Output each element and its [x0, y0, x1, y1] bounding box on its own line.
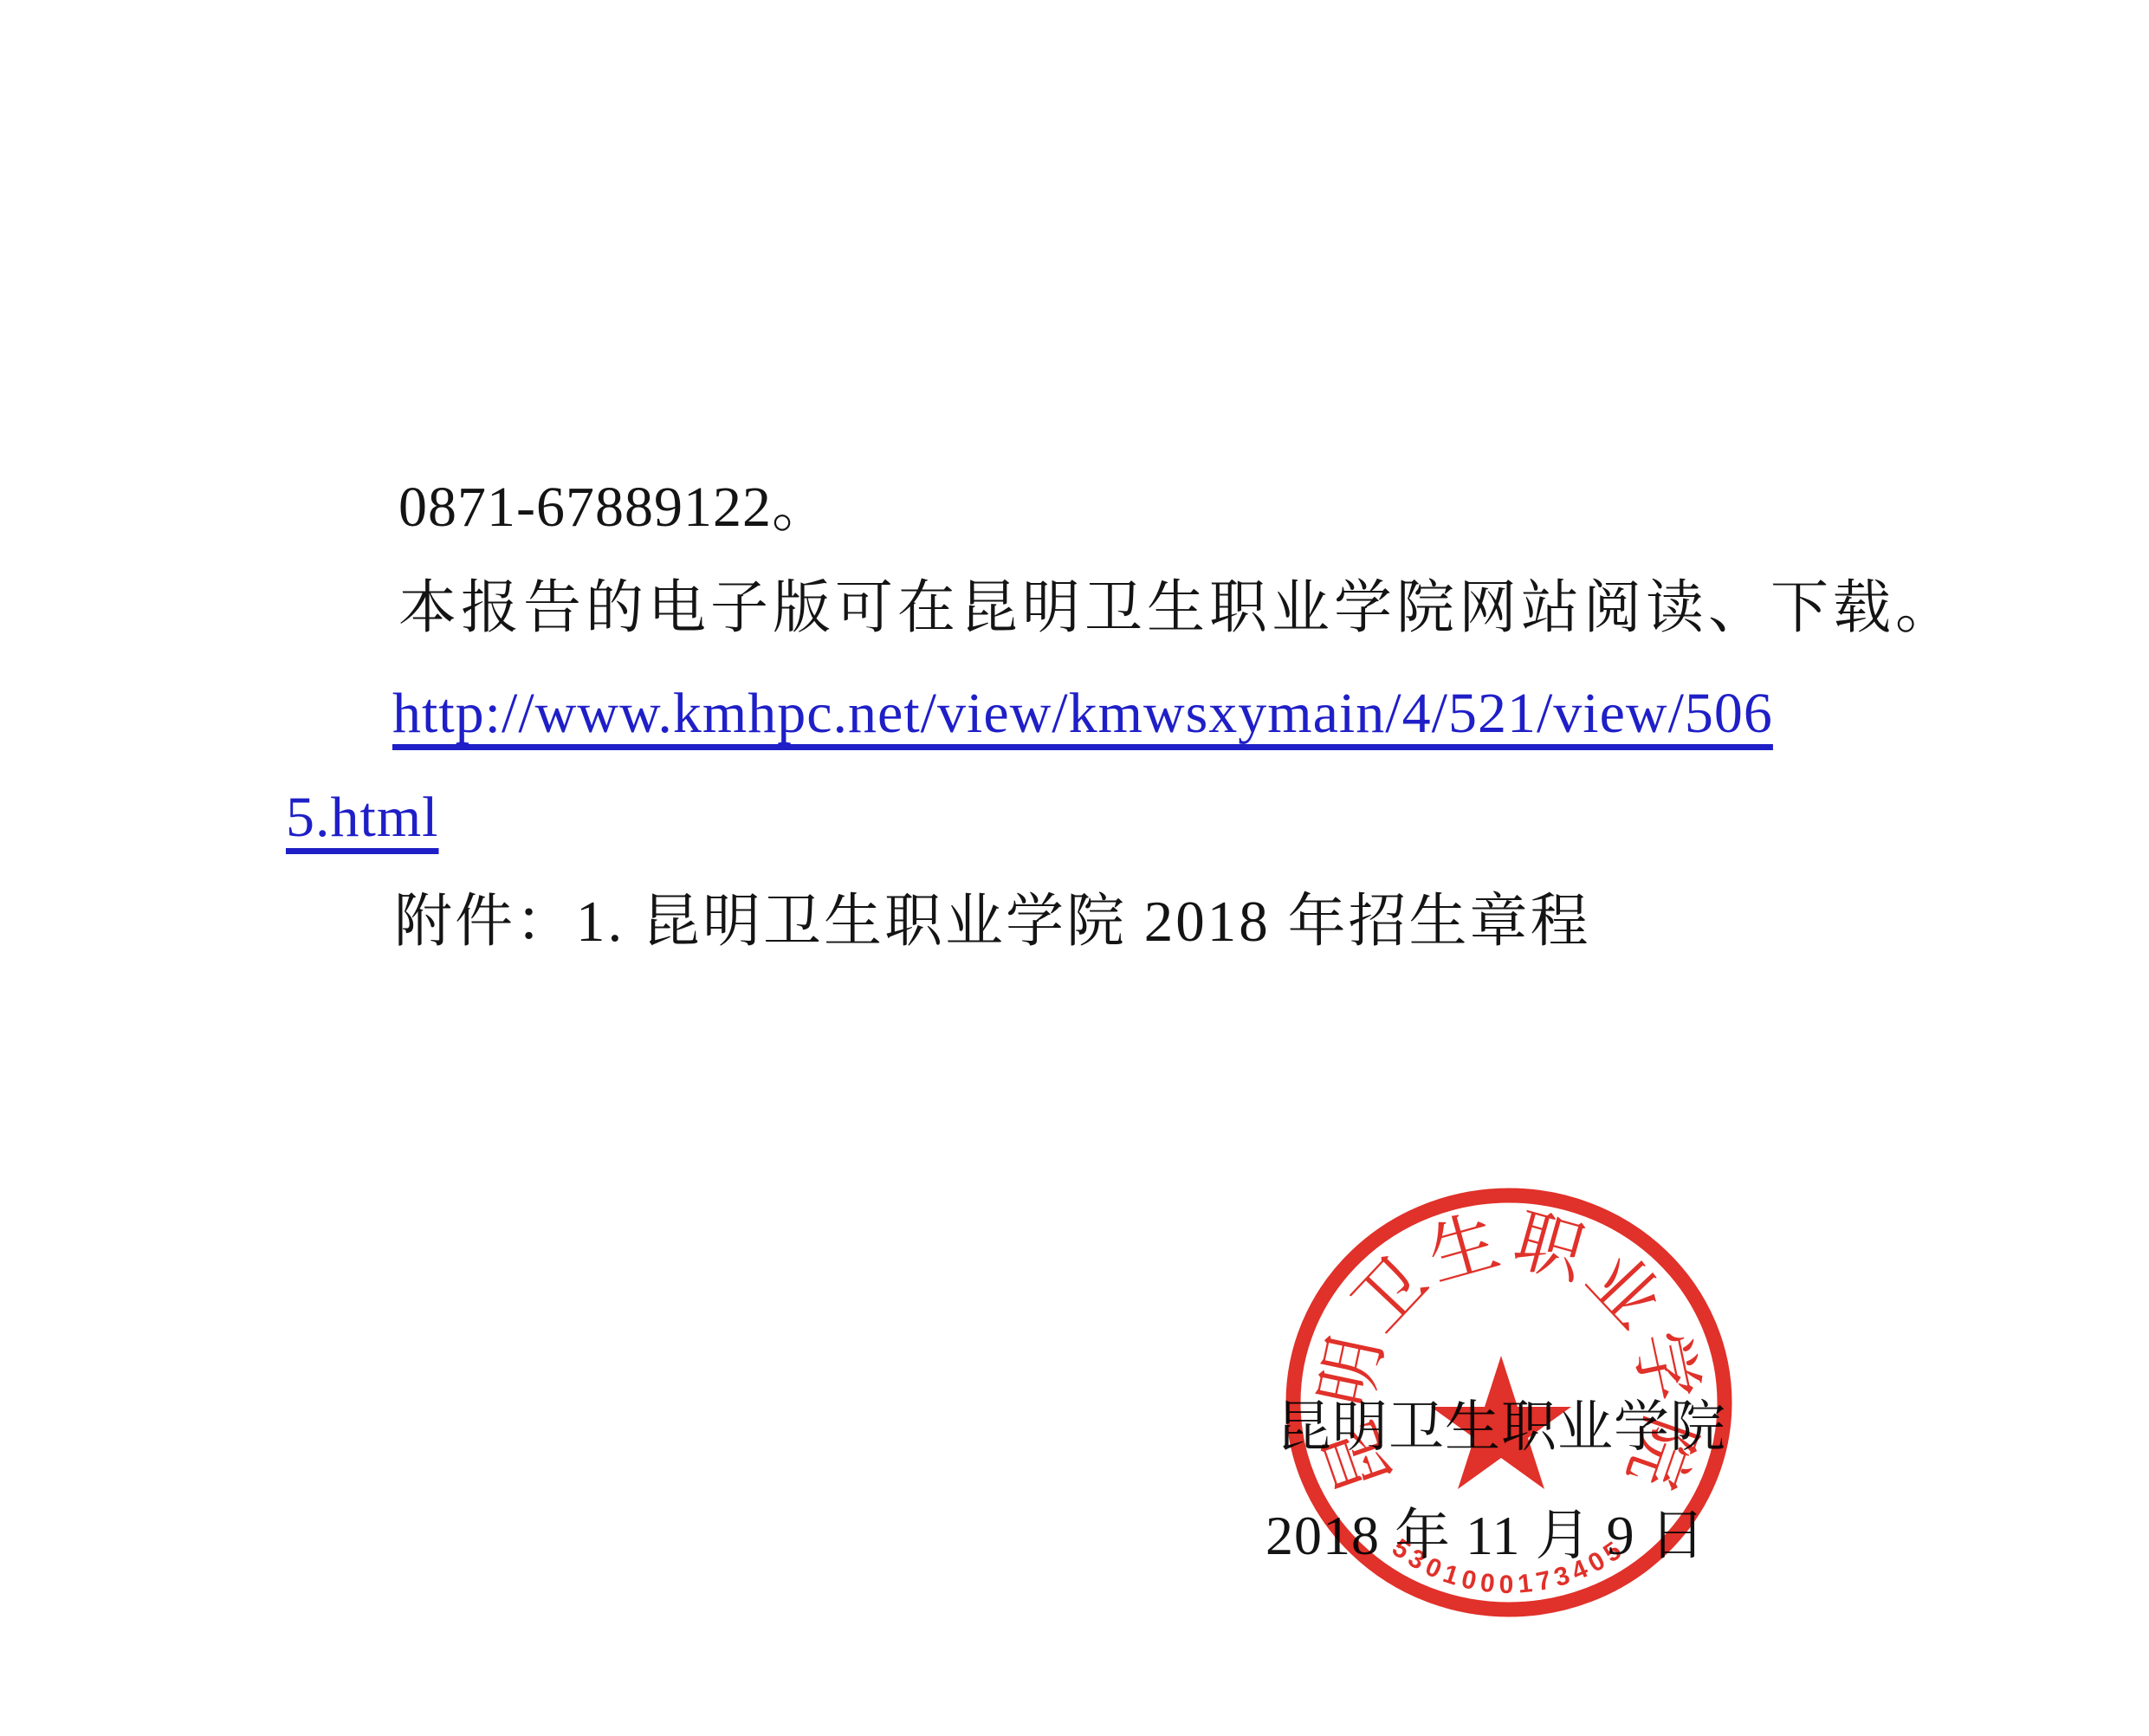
- attachment-line: 附件：1. 昆明卫生职业学院 2018 年招生章程: [394, 887, 1591, 956]
- official-seal: 昆明卫生职业学院 5301000173405: [1285, 1188, 1732, 1618]
- hyperlink-line-1-wrap: http://www.kmhpc.net/view/kmwsxymain/4/5…: [392, 679, 1773, 748]
- document-page: 0871-67889122。 本报告的电子版可在昆明卫生职业学院网站阅读、下载。…: [0, 0, 2149, 1736]
- download-notice-line: 本报告的电子版可在昆明卫生职业学院网站阅读、下载。: [398, 573, 1958, 643]
- hyperlink-line-2-wrap: 5.html: [286, 783, 439, 852]
- hyperlink-line-1[interactable]: http://www.kmhpc.net/view/kmwsxymain/4/5…: [392, 682, 1773, 745]
- hyperlink-line-2[interactable]: 5.html: [286, 786, 439, 849]
- red-star-icon: [1431, 1356, 1571, 1489]
- phone-number-line: 0871-67889122。: [398, 473, 830, 541]
